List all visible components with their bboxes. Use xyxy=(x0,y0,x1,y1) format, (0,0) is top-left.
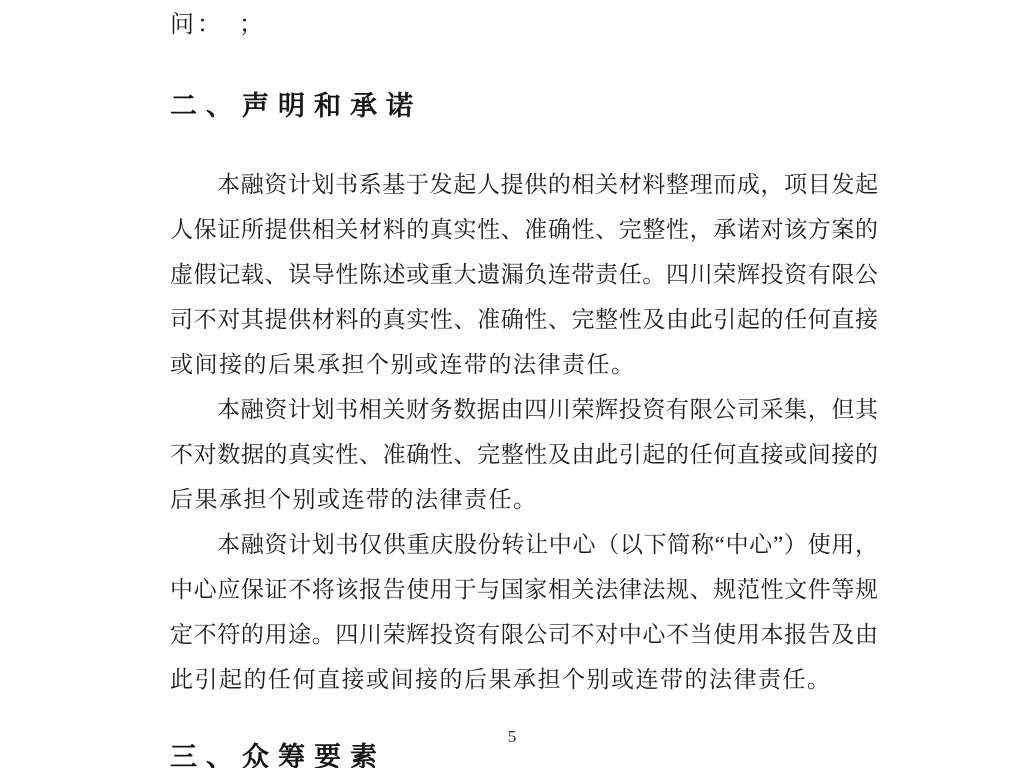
text-line: 不对数据的真实性、准确性、完整性及由此引起的任何直接或间接的 xyxy=(170,432,878,477)
text-line: 司不对其提供材料的真实性、准确性、完整性及由此引起的任何直接 xyxy=(170,297,878,342)
section-3-heading: 三、众筹要素 xyxy=(170,741,386,768)
carried-over-line: 问： ； xyxy=(170,8,266,42)
section-2-heading: 二、声明和承诺 xyxy=(170,90,422,122)
text-line: 或间接的后果承担个别或连带的法律责任。 xyxy=(170,342,878,387)
document-page: 问： ； 二、声明和承诺 本融资计划书系基于发起人提供的相关材料整理而成，项目发… xyxy=(0,0,1024,768)
text-line: 定不符的用途。四川荣辉投资有限公司不对中心不当使用本报告及由 xyxy=(170,612,878,657)
text-line: 此引起的任何直接或间接的后果承担个别或连带的法律责任。 xyxy=(170,657,878,702)
text-line: 本融资计划书系基于发起人提供的相关材料整理而成，项目发起 xyxy=(170,162,878,207)
text-line: 人保证所提供相关材料的真实性、准确性、完整性，承诺对该方案的 xyxy=(170,207,878,252)
declarations-body: 本融资计划书系基于发起人提供的相关材料整理而成，项目发起 人保证所提供相关材料的… xyxy=(170,162,878,702)
text-line: 后果承担个别或连带的法律责任。 xyxy=(170,477,878,522)
page-number: 5 xyxy=(0,727,1024,747)
text-line: 中心应保证不将该报告使用于与国家相关法律法规、规范性文件等规 xyxy=(170,567,878,612)
text-line: 本融资计划书仅供重庆股份转让中心（以下简称“中心”）使用， xyxy=(170,522,878,567)
text-line: 本融资计划书相关财务数据由四川荣辉投资有限公司采集，但其 xyxy=(170,387,878,432)
text-line: 虚假记载、误导性陈述或重大遗漏负连带责任。四川荣辉投资有限公 xyxy=(170,252,878,297)
